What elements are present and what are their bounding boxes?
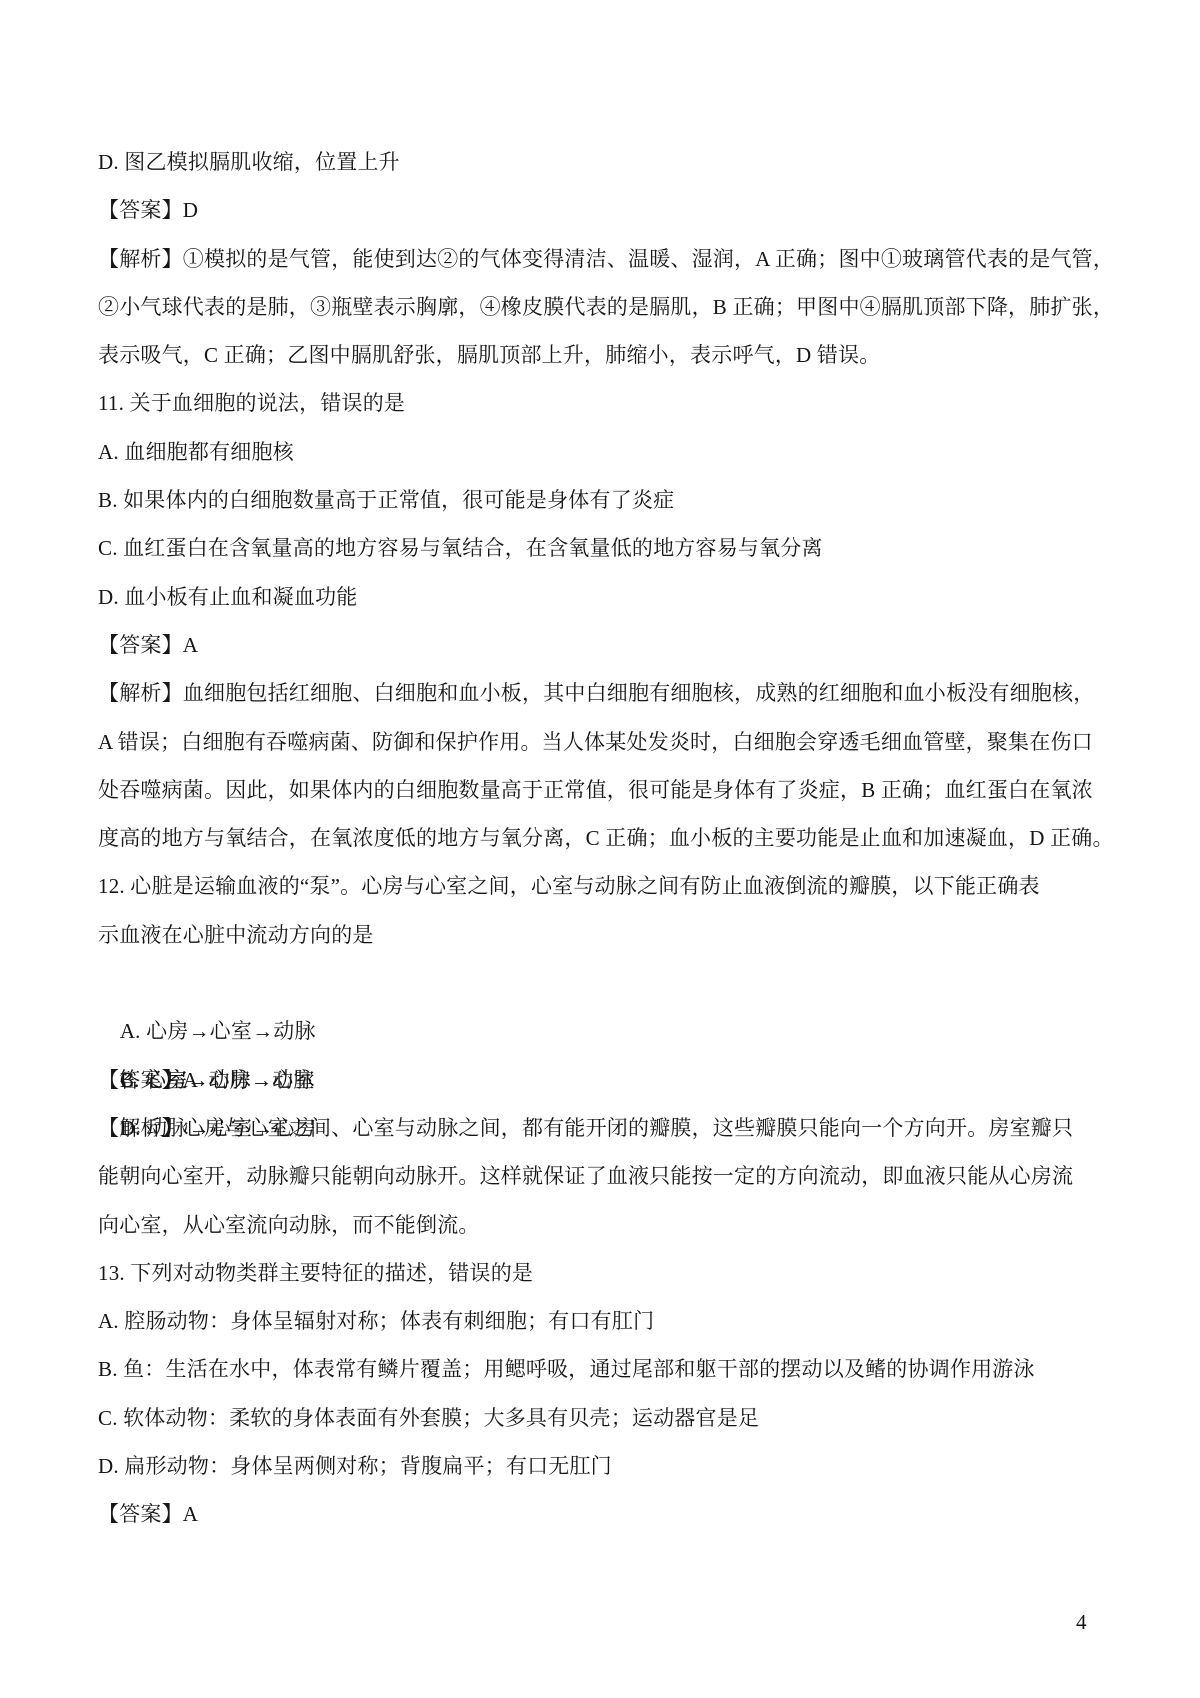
q12-option-a: A. 心房→心室→动脉 — [120, 1007, 378, 1055]
q12-stem-line-1: 12. 心脏是运输血液的“泵”。心房与心室之间，心室与动脉之间有防止血液倒流的瓣… — [98, 862, 1110, 910]
exam-document-page: { "page": { "number": "4" }, "exam": { "… — [0, 0, 1200, 1698]
q11-option-a: A. 血细胞都有细胞核 — [98, 428, 1110, 476]
q12-stem-line-2: 示血液在心脏中流动方向的是 — [98, 911, 1110, 959]
q11-answer: 【答案】A — [98, 621, 1110, 669]
q12-analysis-line-3: 向心室，从心室流向动脉，而不能倒流。 — [98, 1201, 1110, 1249]
q11-option-c: C. 血红蛋白在含氧量高的地方容易与氧结合，在含氧量低的地方容易与氧分离 — [98, 524, 1110, 572]
q11-analysis-line-2: A 错误；白细胞有吞噬病菌、防御和保护作用。当人体某处发炎时，白细胞会穿透毛细血… — [98, 718, 1110, 766]
q11-analysis-line-1: 【解析】血细胞包括红细胞、白细胞和血小板，其中白细胞有细胞核，成熟的红细胞和血小… — [98, 669, 1110, 717]
q11-stem: 11. 关于血细胞的说法，错误的是 — [98, 379, 1110, 427]
q10-analysis-line-2: ②小气球代表的是肺，③瓶壁表示胸廓，④橡皮膜代表的是膈肌，B 正确；甲图中④膈肌… — [98, 283, 1110, 331]
document-body: D. 图乙模拟膈肌收缩，位置上升 【答案】D 【解析】①模拟的是气管，能使到达②… — [98, 138, 1110, 1539]
q10-analysis-line-1: 【解析】①模拟的是气管，能使到达②的气体变得清洁、温暖、湿润，A 正确；图中①玻… — [98, 235, 1110, 283]
q11-analysis-line-4: 度高的地方与氧结合，在氧浓度低的地方与氧分离，C 正确；血小板的主要功能是止血和… — [98, 814, 1110, 862]
q10-option-d: D. 图乙模拟膈肌收缩，位置上升 — [98, 138, 1110, 186]
q10-answer: 【答案】D — [98, 186, 1110, 234]
q13-stem: 13. 下列对动物类群主要特征的描述，错误的是 — [98, 1249, 1110, 1297]
q13-option-c: C. 软体动物：柔软的身体表面有外套膜；大多具有贝壳；运动器官是足 — [98, 1394, 1110, 1442]
q11-analysis-line-3: 处吞噬病菌。因此，如果体内的白细胞数量高于正常值，很可能是身体有了炎症，B 正确… — [98, 766, 1110, 814]
q13-option-d: D. 扁形动物：身体呈两侧对称；背腹扁平；有口无肛门 — [98, 1442, 1110, 1490]
q11-option-d: D. 血小板有止血和凝血功能 — [98, 573, 1110, 621]
q12-analysis-line-2: 能朝向心室开，动脉瓣只能朝向动脉开。这样就保证了血液只能按一定的方向流动，即血液… — [98, 1152, 1110, 1200]
q10-analysis-line-3: 表示吸气，C 正确；乙图中膈肌舒张，膈肌顶部上升，肺缩小，表示呼气，D 错误。 — [98, 331, 1110, 379]
q13-option-a: A. 腔肠动物：身体呈辐射对称；体表有刺细胞；有口有肛门 — [98, 1297, 1110, 1345]
q13-answer: 【答案】A — [98, 1490, 1110, 1538]
q12-options-row-1: A. 心房→心室→动脉 B. 心房→动脉→心室 — [98, 959, 1110, 1007]
page-number: 4 — [1076, 1608, 1087, 1636]
q13-option-b: B. 鱼：生活在水中，体表常有鳞片覆盖；用鳃呼吸，通过尾部和躯干部的摆动以及鳍的… — [98, 1345, 1110, 1393]
q11-option-b: B. 如果体内的白细胞数量高于正常值，很可能是身体有了炎症 — [98, 476, 1110, 524]
q12-analysis-line-1: 【解析】心房与心室之间、心室与动脉之间，都有能开闭的瓣膜，这些瓣膜只能向一个方向… — [98, 1104, 1110, 1152]
